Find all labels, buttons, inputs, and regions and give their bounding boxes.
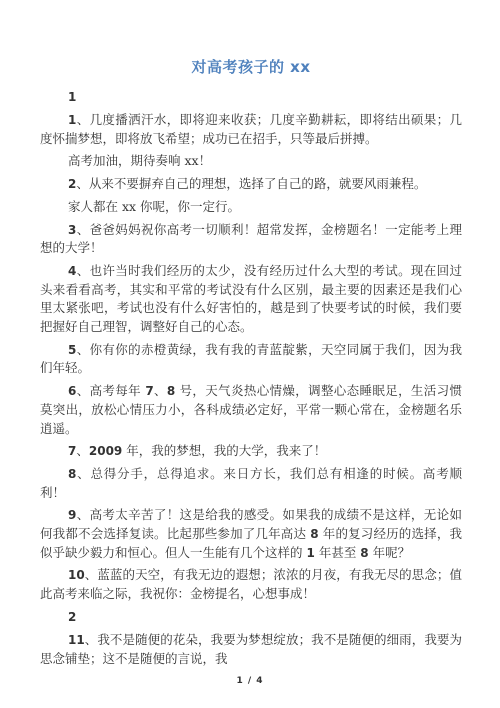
paragraph: 高考加油，期待奏响 xx！ bbox=[40, 152, 462, 171]
paragraph: 3、爸爸妈妈祝你高考一切顺利！超常发挥，金榜题名！一定能考上理想的大学！ bbox=[40, 221, 462, 258]
section-1: 1 1、几度播洒汗水，即将迎来收获；几度辛勤耕耘，即将结出硕果；几度怀揣梦想，即… bbox=[40, 88, 462, 604]
paragraph: 7、2009 年，我的梦想，我的大学，我来了！ bbox=[40, 442, 462, 461]
page-title: 对高考孩子的 xx bbox=[40, 56, 462, 77]
paragraph: 4、也许当时我们经历的太少，没有经历过什么大型的考试。现在回过头来看看高考，其实… bbox=[40, 262, 462, 337]
section-2: 2 11、我不是随便的花朵，我要为梦想绽放；我不是随便的细雨，我要为思念铺垫；这… bbox=[40, 608, 462, 668]
section-2-paragraphs: 11、我不是随便的花朵，我要为梦想绽放；我不是随便的细雨，我要为思念铺垫；这不是… bbox=[40, 631, 462, 668]
paragraph: 5、你有你的赤橙黄绿，我有我的青蓝靛紫，天空同属于我们，因为我们年轻。 bbox=[40, 341, 462, 378]
paragraph: 6、高考每年 7、8 号，天气炎热心情燥，调整心态睡眠足，生活习惯莫突出，放松心… bbox=[40, 382, 462, 438]
section-2-marker: 2 bbox=[40, 608, 462, 627]
paragraph: 8、总得分手，总得追求。来日方长，我们总有相逢的时候。高考顺利！ bbox=[40, 465, 462, 502]
paragraph: 9、高考太辛苦了！这是给我的感受。如果我的成绩不是这样，无论如何我都不会选择复读… bbox=[40, 506, 462, 562]
section-1-marker: 1 bbox=[40, 88, 462, 107]
paragraph: 家人都在 xx 你呢，你一定行。 bbox=[40, 198, 462, 217]
page-number-indicator: 1 / 4 bbox=[0, 676, 500, 686]
paragraph: 1、几度播洒汗水，即将迎来收获；几度辛勤耕耘，即将结出硕果；几度怀揣梦想，即将放… bbox=[40, 111, 462, 148]
document-page: 对高考孩子的 xx 1 1、几度播洒汗水，即将迎来收获；几度辛勤耕耘，即将结出硕… bbox=[0, 0, 500, 708]
paragraph: 2、从来不要摒弃自己的理想，选择了自己的路，就要风雨兼程。 bbox=[40, 175, 462, 194]
paragraph: 11、我不是随便的花朵，我要为梦想绽放；我不是随便的细雨，我要为思念铺垫；这不是… bbox=[40, 631, 462, 668]
paragraph: 10、蓝蓝的天空，有我无边的遐想；浓浓的月夜，有我无尽的思念；值此高考来临之际，… bbox=[40, 566, 462, 603]
section-1-paragraphs: 1、几度播洒汗水，即将迎来收获；几度辛勤耕耘，即将结出硕果；几度怀揣梦想，即将放… bbox=[40, 111, 462, 604]
